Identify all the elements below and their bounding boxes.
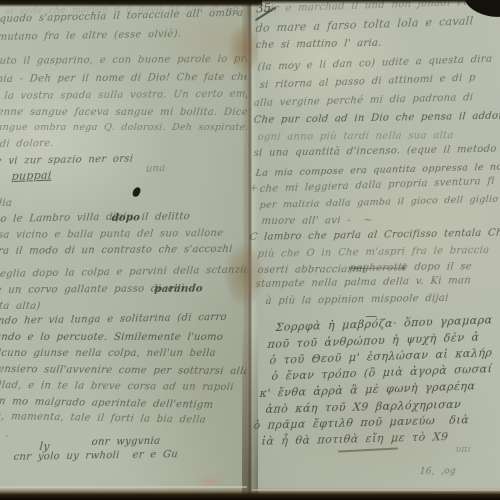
manuscript-line: Σορρφὰ ἡ μαβρόζα· ὅπου γραμαρα [275,314,493,333]
manuscript-line: à più la oppinion mispoole dijai [265,294,449,307]
photo-top-edge-left [0,0,262,7]
manuscript-line: dopo [111,214,140,225]
manuscript-line: do mare a farso tolta lola e cavall [255,15,474,34]
manuscript-line: (la moy e li dan co) udite a questa dira [257,55,492,73]
manuscript-line: si una quantità d'incenso. (eque il meto… [253,145,497,159]
manuscript-line: e dopo il se [401,262,472,273]
manuscript-line: venne sangue faceva sangue mi bollita. D… [0,108,247,118]
manuscript-line: puppai [11,170,52,182]
manuscript-line: ando her via lunga e solitarina (di carr… [0,313,227,327]
manuscript-line: stampate nella palma della v. Ki man [255,276,471,290]
manuscript-line: parando [154,285,203,295]
manuscript-line: C lambro che parla al Crocifisso tentala… [250,228,500,243]
manuscript-line: fin mo malgrado aperintale dell'entigm [0,397,214,411]
manuscript-line: mia - Deh per il nome di Dio! Che fate c… [0,73,247,85]
manuscript-line: ἀπὸ κάη τοῦ Χ9 βαρλόχηρισαν [265,399,462,415]
manuscript-line: 16, ,og [419,467,456,477]
manuscript-line: ogni anno più tardi nella sua alta [257,131,454,143]
manuscript-line: ἰὰ ἦ θὰ ποτιθὰ εἴη με τὸ Χ9 [261,431,449,447]
manuscript-line: Che pur cold ad in Dio che pensa il addo… [253,112,500,126]
manuscript-line: che si mattino l' aria. [255,39,382,51]
manuscript-line: teglia dopo la colpa e parvini della sct… [0,265,247,280]
manuscript-line: sta alta) [0,302,41,312]
manuscript-line: . [5,430,10,440]
manuscript-line: muore all' avi - ~ [261,216,373,227]
manuscript-line: si ritorna al passo di attinomi e di p [259,73,476,91]
left-page-bottom-edge [0,486,247,488]
manuscript-line: ly [39,441,50,452]
manuscript-line: di dolore. [0,139,54,150]
manuscript-line: per malizia dalla gamba il gioco dell gi… [259,194,500,210]
manuscript-line: onr wygvnia [91,437,160,448]
manuscript-line: il delitto [141,212,190,223]
manuscript-photo: si vedé che moryan a il dovli ny che le … [0,0,500,500]
manuscript-line: sangue ombra nega Q. dolorosi. Deh sospi… [0,123,247,133]
manuscript-line: e la vostra spada sulla vostra. Un certo… [0,90,247,102]
right-page-bottom-edge [252,489,500,491]
manuscript-line: mutano fra le altre (esse olviè). [0,30,182,43]
manuscript-line: che mi leggiera dalla propria sventura f… [259,177,495,195]
manuscript-line: una [145,164,165,175]
manuscript-line: alla vergine perché mi dia padrona di [253,93,473,109]
manuscript-line: dia [0,199,12,209]
manuscript-line: vuto il gasparino, e con buone parole lo… [0,54,247,67]
manuscript-line: κ' ἔνθα ἀρρὰ ἃ μὲ φωνὴ γραρέηα [259,380,476,399]
gutter-stain-middle [225,244,263,306]
manuscript-line: pegherotti [349,264,406,274]
manuscript-line: pensiero sull'avvenire come per sottrars… [0,365,247,377]
manuscript-line: più che O in Che m'aspri fra le braccia [257,246,490,260]
left-page: si vedé che moryan a il dovli ny che le … [0,0,247,500]
manuscript-line: ullad, e in te la breve corsa ad un rapo… [0,381,234,393]
gutter-stain-top [229,24,259,74]
manuscript-line: cnr yolo uy rwholi er e Gu [13,450,178,463]
manuscript-line: e vi zur spazio ner orsi [0,155,134,167]
manuscript-line: la, mamenta, tale il forti la bia della [0,412,206,426]
manuscript-line: osa vicino e balla punta del suo vallone [0,229,224,241]
corner-pencil-mark: 12 [227,6,240,17]
manuscript-line: υπι [455,446,472,455]
page-number: 35 [256,0,272,15]
manuscript-line: alcuno giunse nella colpa, nell'un bella [0,349,216,359]
manuscript-line: ora il modo di un contrasto che s'accozh… [0,245,233,257]
manuscript-line: lando e lo percuote. Similemente l'uomo [0,333,224,343]
manuscript-line: ὁ πρᾶμα ἔφτιλθ ποῦ μανεύω διὰ [253,414,469,431]
right-page: 35 uir e marchad il und non jonadi Palod… [250,0,500,500]
